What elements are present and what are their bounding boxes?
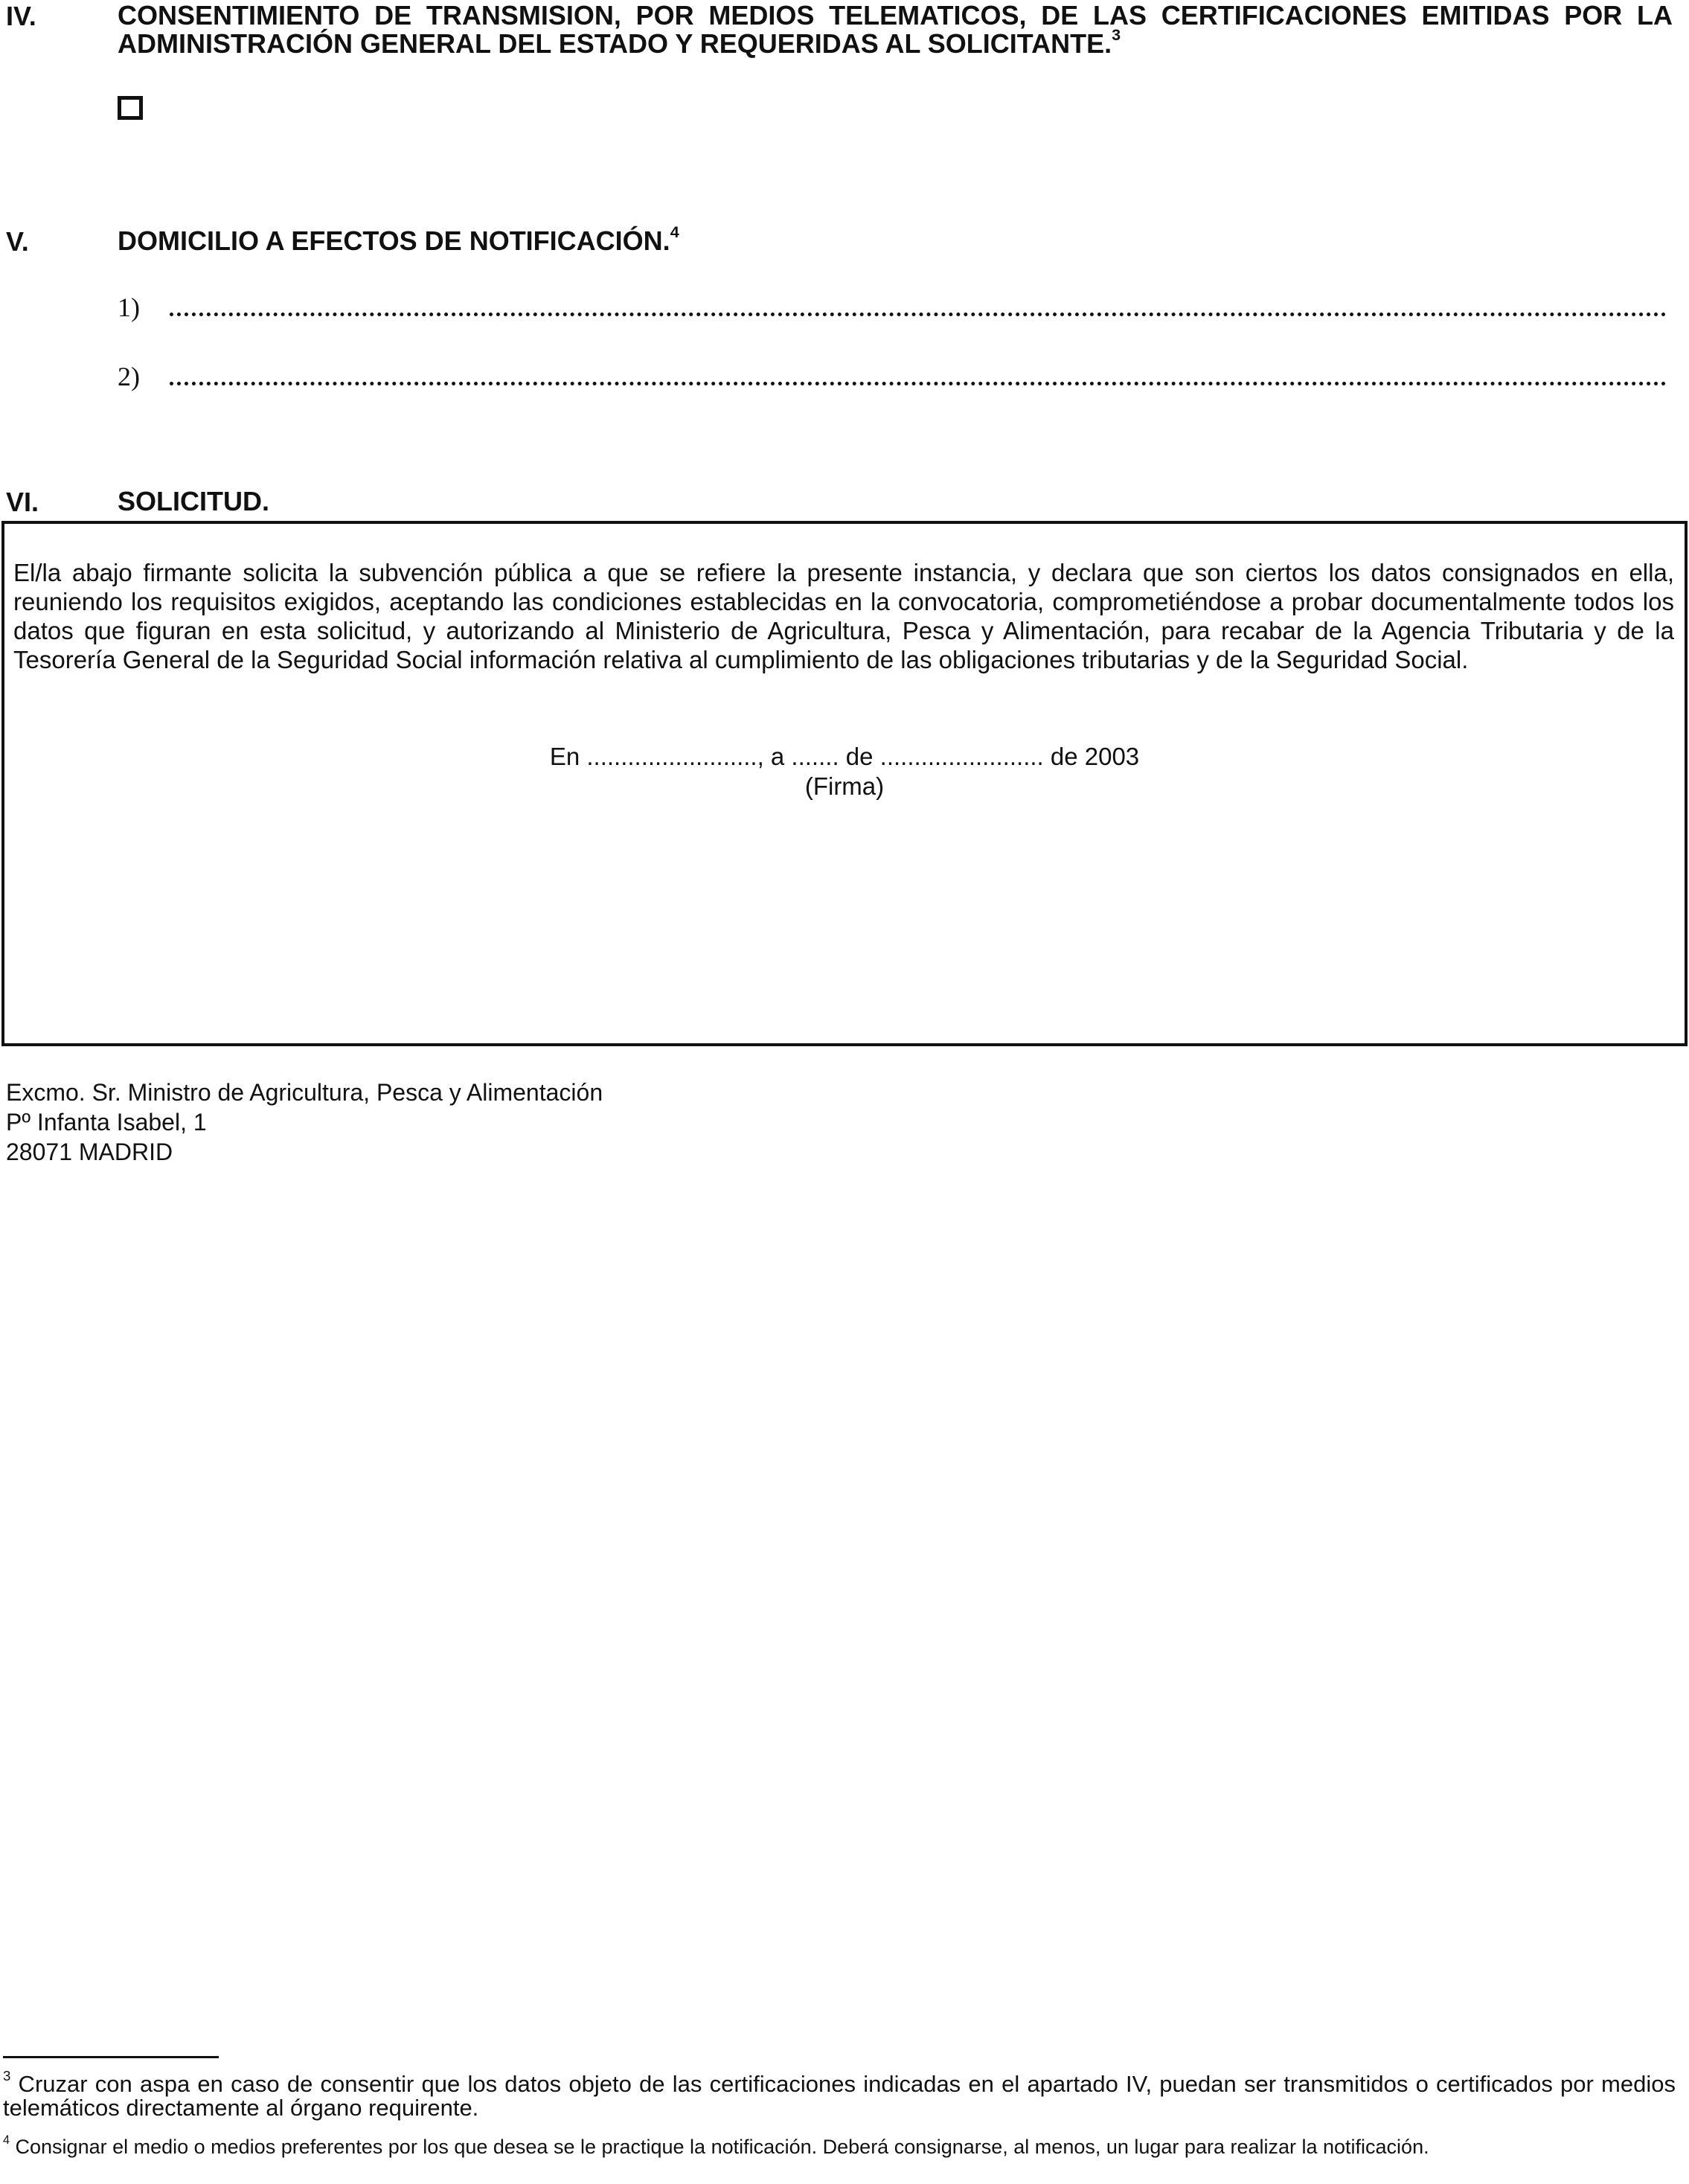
- signature-label: (Firma): [4, 772, 1685, 801]
- footnote-ref-4: 4: [670, 222, 679, 241]
- section-vi-number: VI.: [6, 487, 39, 517]
- footnote-4: 4 Consignar el medio o medios preferente…: [3, 2135, 1676, 2159]
- footnote-separator: [3, 2056, 219, 2058]
- addressee-line-2: Pº Infanta Isabel, 1: [6, 1107, 603, 1137]
- section-v-title: DOMICILIO A EFECTOS DE NOTIFICACIÓN.4: [118, 227, 679, 255]
- section-v-number: V.: [6, 227, 29, 257]
- solicitud-body: El/la abajo firmante solicita la subvenc…: [13, 558, 1674, 674]
- address-field-2[interactable]: 2): [118, 361, 1667, 392]
- footnote-3: 3 Cruzar con aspa en caso de consentir q…: [3, 2072, 1676, 2120]
- footnote-ref-3: 3: [1112, 25, 1121, 44]
- section-v-title-text: DOMICILIO A EFECTOS DE NOTIFICACIÓN.: [118, 225, 670, 256]
- address-field-1-line[interactable]: [170, 313, 1667, 316]
- address-field-1[interactable]: 1): [118, 292, 1667, 323]
- footnote-4-text: Consignar el medio o medios preferentes …: [10, 2136, 1429, 2158]
- place-date-line: En ........................., a ....... …: [4, 742, 1685, 772]
- solicitud-box: El/la abajo firmante solicita la subvenc…: [1, 521, 1688, 1046]
- section-iv-title: CONSENTIMIENTO DE TRANSMISION, POR MEDIO…: [118, 1, 1673, 58]
- footnote-4-ref: 4: [3, 2133, 10, 2147]
- addressee-line-1: Excmo. Sr. Ministro de Agricultura, Pesc…: [6, 1077, 603, 1107]
- footnote-3-text: Cruzar con aspa en caso de consentir que…: [3, 2071, 1676, 2121]
- section-iv-title-text: CONSENTIMIENTO DE TRANSMISION, POR MEDIO…: [118, 0, 1673, 59]
- consent-checkbox[interactable]: [118, 96, 143, 120]
- addressee-line-3: 28071 MADRID: [6, 1137, 603, 1167]
- addressee-block: Excmo. Sr. Ministro de Agricultura, Pesc…: [6, 1077, 603, 1167]
- footnote-3-ref: 3: [3, 2068, 10, 2084]
- address-field-2-label: 2): [118, 361, 170, 392]
- address-field-1-label: 1): [118, 292, 170, 323]
- address-field-2-line[interactable]: [170, 382, 1667, 385]
- section-vi-title: SOLICITUD.: [118, 487, 269, 516]
- section-iv-number: IV.: [6, 1, 36, 31]
